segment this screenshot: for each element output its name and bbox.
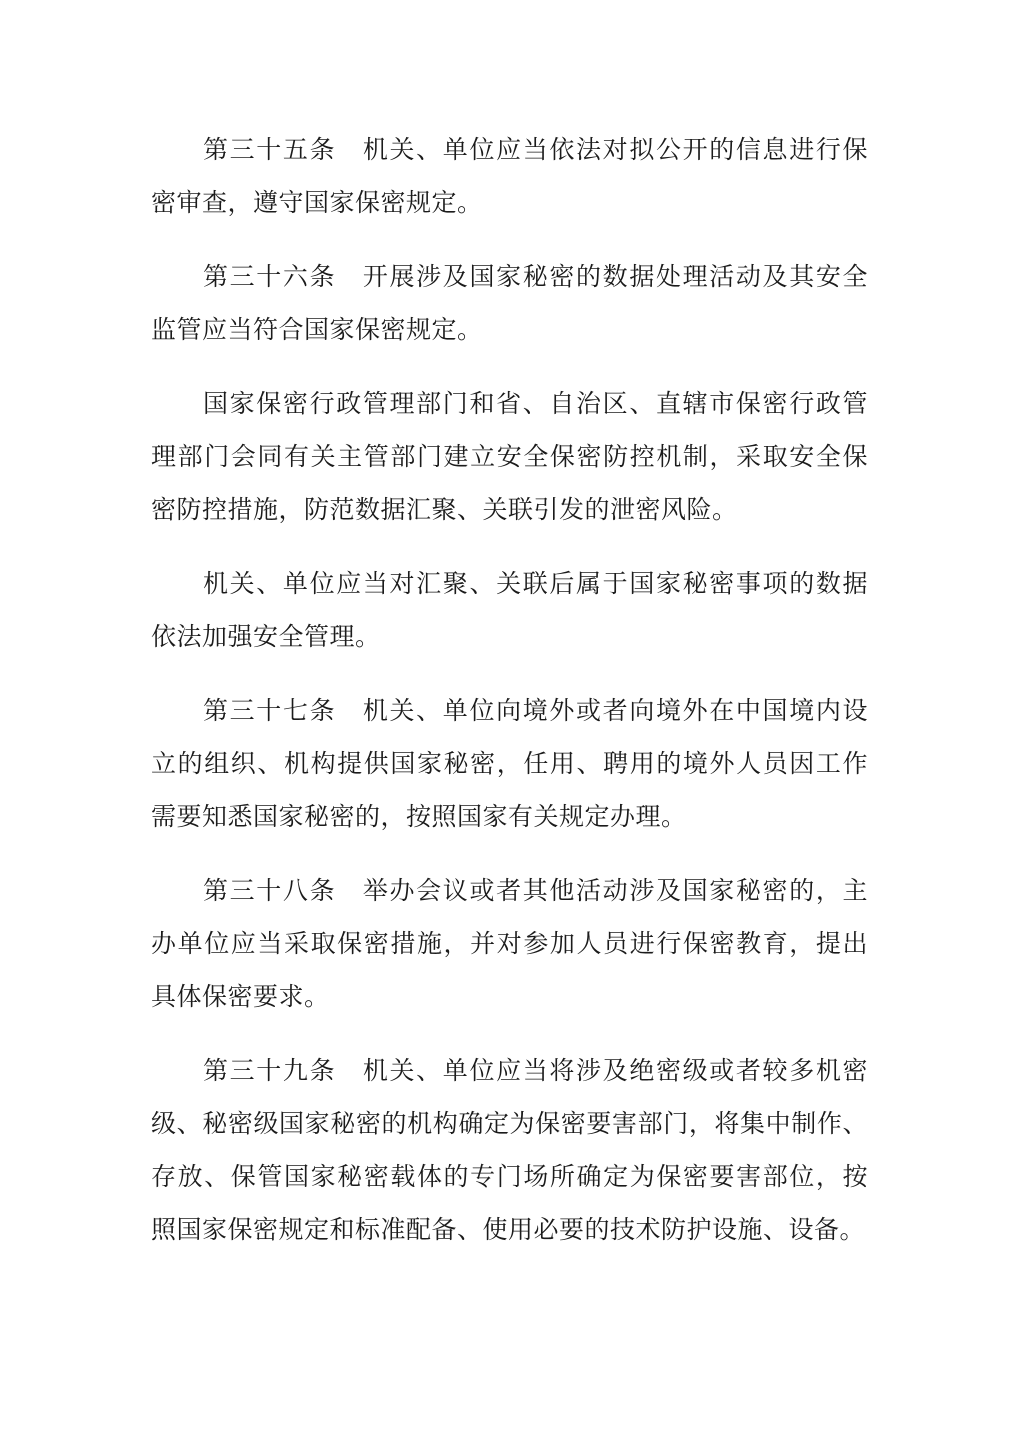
article-35: 第三十五条 机关、单位应当依法对拟公开的信息进行保密审查，遵守国家保密规定。 [151, 124, 868, 230]
article-37: 第三十七条 机关、单位向境外或者向境外在中国境内设立的组织、机构提供国家秘密，任… [151, 685, 868, 844]
text-line: 理部门会同有关主管部门建立安全保密防控机制，采取安全保 [151, 431, 868, 484]
article-36-paragraph-2: 国家保密行政管理部门和省、自治区、直辖市保密行政管理部门会同有关主管部门建立安全… [151, 378, 868, 537]
text-line: 照国家保密规定和标准配备、使用必要的技术防护设施、设备。 [151, 1204, 868, 1257]
page: { "page": { "background": "#ffffff", "te… [0, 0, 1024, 1448]
text-line: 存放、保管国家秘密载体的专门场所确定为保密要害部位，按 [151, 1151, 868, 1204]
article-36: 第三十六条 开展涉及国家秘密的数据处理活动及其安全监管应当符合国家保密规定。 [151, 251, 868, 357]
text-line: 监管应当符合国家保密规定。 [151, 304, 868, 357]
text-line: 密审查，遵守国家保密规定。 [151, 177, 868, 230]
text-line: 办单位应当采取保密措施，并对参加人员进行保密教育，提出 [151, 918, 868, 971]
text-line: 密防控措施，防范数据汇聚、关联引发的泄密风险。 [151, 484, 868, 537]
document-page: 第三十五条 机关、单位应当依法对拟公开的信息进行保密审查，遵守国家保密规定。第三… [0, 0, 1024, 1448]
text-line: 级、秘密级国家秘密的机构确定为保密要害部门，将集中制作、 [151, 1098, 868, 1151]
document-body: 第三十五条 机关、单位应当依法对拟公开的信息进行保密审查，遵守国家保密规定。第三… [151, 124, 868, 1257]
text-line: 具体保密要求。 [151, 971, 868, 1024]
text-line: 第三十七条 机关、单位向境外或者向境外在中国境内设 [151, 685, 868, 738]
text-line: 第三十六条 开展涉及国家秘密的数据处理活动及其安全 [151, 251, 868, 304]
text-line: 第三十八条 举办会议或者其他活动涉及国家秘密的，主 [151, 865, 868, 918]
article-38: 第三十八条 举办会议或者其他活动涉及国家秘密的，主办单位应当采取保密措施，并对参… [151, 865, 868, 1024]
text-line: 第三十五条 机关、单位应当依法对拟公开的信息进行保 [151, 124, 868, 177]
text-line: 国家保密行政管理部门和省、自治区、直辖市保密行政管 [151, 378, 868, 431]
text-line: 立的组织、机构提供国家秘密，任用、聘用的境外人员因工作 [151, 738, 868, 791]
text-line: 第三十九条 机关、单位应当将涉及绝密级或者较多机密 [151, 1045, 868, 1098]
text-line: 依法加强安全管理。 [151, 611, 868, 664]
article-39: 第三十九条 机关、单位应当将涉及绝密级或者较多机密级、秘密级国家秘密的机构确定为… [151, 1045, 868, 1257]
article-36-paragraph-3: 机关、单位应当对汇聚、关联后属于国家秘密事项的数据依法加强安全管理。 [151, 558, 868, 664]
text-line: 需要知悉国家秘密的，按照国家有关规定办理。 [151, 791, 868, 844]
text-line: 机关、单位应当对汇聚、关联后属于国家秘密事项的数据 [151, 558, 868, 611]
